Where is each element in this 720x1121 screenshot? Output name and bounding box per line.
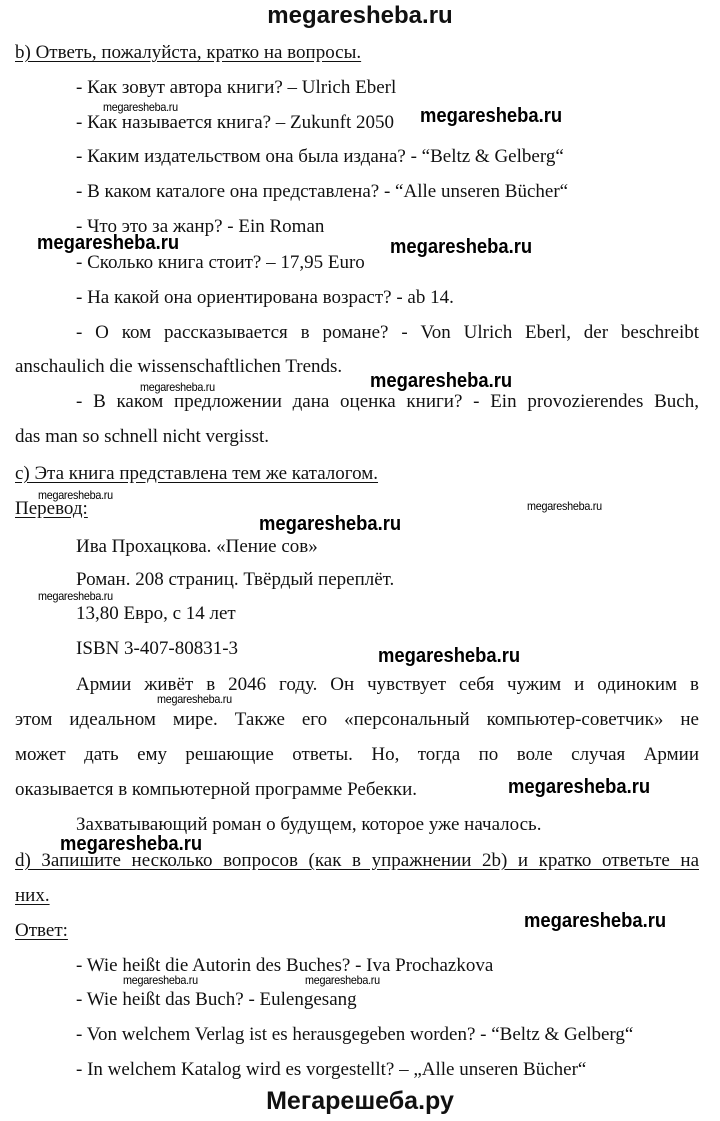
book-price-age: 13,80 Евро, с 14 лет [76,603,236,625]
watermark: megaresheba.ru [378,645,520,668]
answer-item: - In welchem Katalog wird es vorgestellt… [76,1059,586,1081]
answer-label: Ответ: [15,920,68,942]
watermark: megaresheba.ru [37,232,179,255]
watermark: megaresheba.ru [140,380,215,394]
watermark: megaresheba.ru [259,513,401,536]
description-line: этом идеальном мире. Также его «персонал… [15,709,699,731]
section-c-title: c) Эта книга представлена тем же каталог… [15,463,378,485]
watermark: megaresheba.ru [157,692,232,706]
section-b-title: b) Ответь, пожалуйста, кратко на вопросы… [15,42,361,64]
document-page: megaresheba.ru b) Ответь, пожалуйста, кр… [0,0,720,1121]
watermark: megaresheba.ru [38,488,113,502]
book-info: Роман. 208 страниц. Твёрдый переплёт. [76,569,394,591]
qa-item: - В каком каталоге она представлена? - “… [76,181,568,203]
answer-item: - Wie heißt das Buch? - Eulengesang [76,989,357,1011]
answer-item: - Von welchem Verlag ist es herausgegebe… [76,1024,633,1046]
description-line: может дать ему решающие ответы. Но, тогд… [15,744,699,766]
watermark: megaresheba.ru [524,910,666,933]
book-isbn: ISBN 3-407-80831-3 [76,638,238,660]
qa-item: - О ком рассказывается в романе? - Von U… [76,322,699,344]
site-footer: Мегарешеба.ру [0,1087,720,1116]
qa-item-continuation: das man so schnell nicht vergisst. [15,426,269,448]
qa-item: - В каком предложении дана оценка книги?… [76,391,699,413]
watermark: megaresheba.ru [60,833,202,856]
watermark: megaresheba.ru [527,499,602,513]
watermark: megaresheba.ru [420,105,562,128]
description-line: оказывается в компьютерной программе Реб… [15,779,417,801]
qa-item: - Каким издательством она была издана? -… [76,146,564,168]
site-header: megaresheba.ru [0,2,720,30]
qa-item: - Как зовут автора книги? – Ulrich Eberl [76,77,396,99]
watermark: megaresheba.ru [390,236,532,259]
watermark: megaresheba.ru [508,776,650,799]
book-title: Ива Прохацкова. «Пение сов» [76,536,318,558]
watermark: megaresheba.ru [305,973,380,987]
section-d-title-cont: них. [15,885,50,907]
qa-item: - Как называется книга? – Zukunft 2050 [76,112,394,134]
watermark: megaresheba.ru [370,370,512,393]
watermark: megaresheba.ru [103,100,178,114]
watermark: megaresheba.ru [123,973,198,987]
watermark: megaresheba.ru [38,589,113,603]
qa-item: - Сколько книга стоит? – 17,95 Euro [76,252,365,274]
qa-item-continuation: anschaulich die wissenschaftlichen Trend… [15,356,342,378]
qa-item: - На какой она ориентирована возраст? - … [76,287,454,309]
